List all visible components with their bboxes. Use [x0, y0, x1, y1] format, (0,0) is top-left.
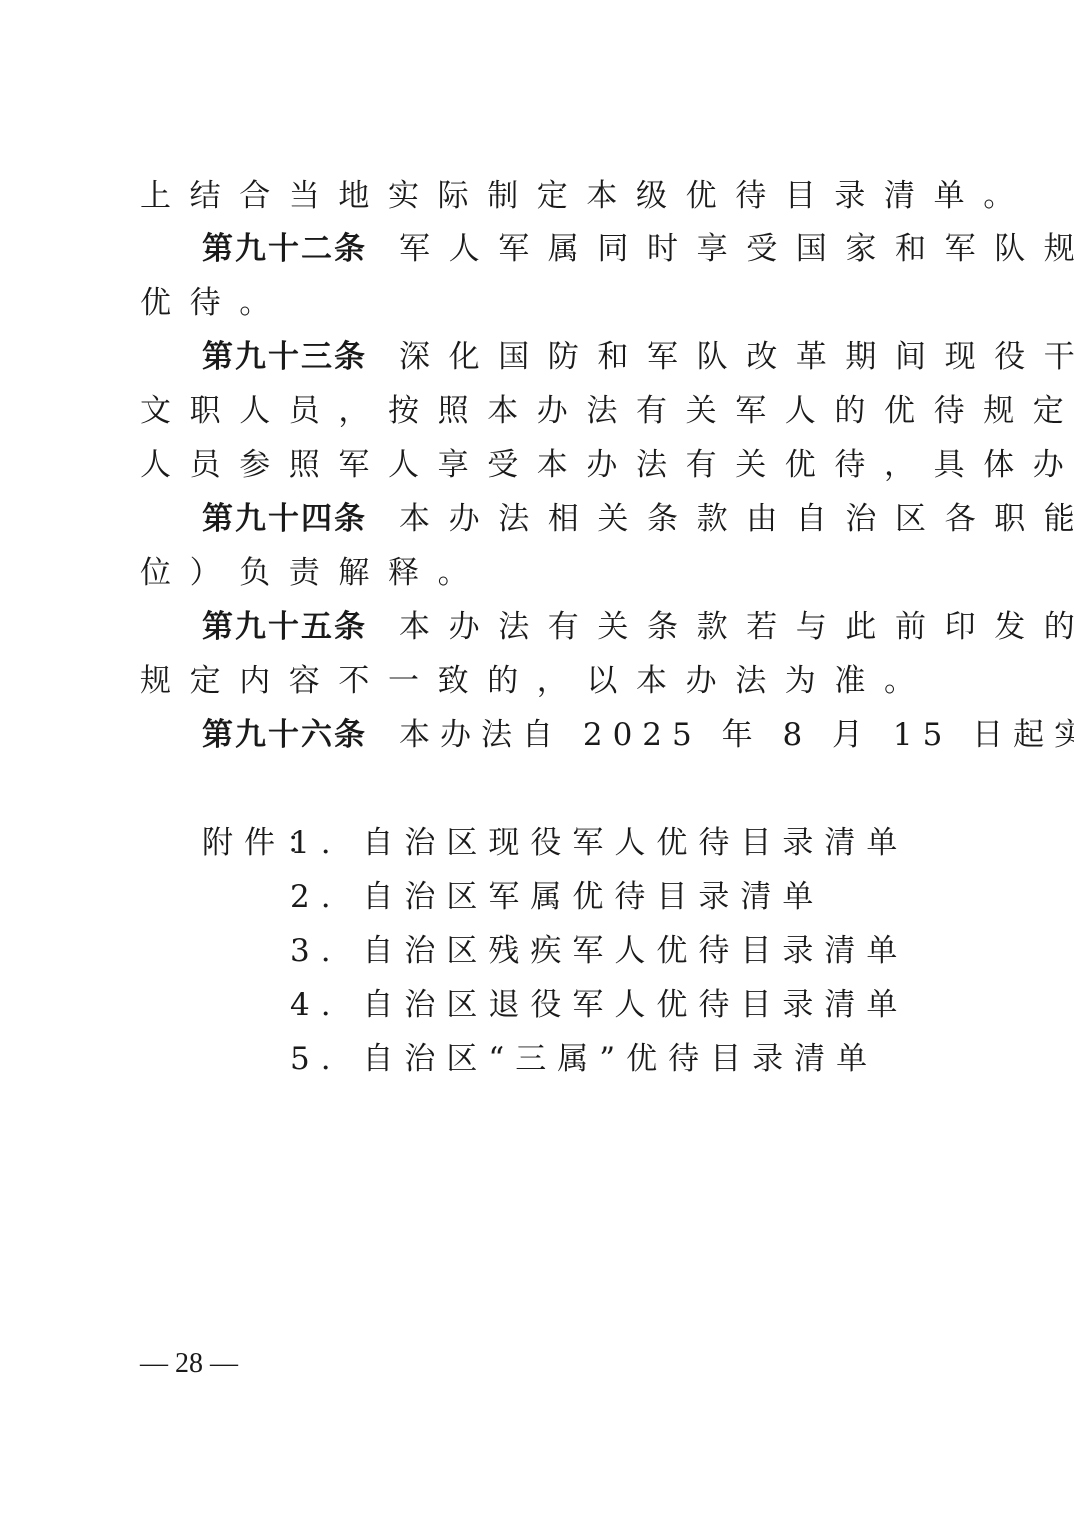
article-95: 第九十五条本办法有关条款若与此前印发的相关文件	[202, 600, 1002, 654]
article-number: 第九十二条	[202, 231, 367, 267]
article-92: 第九十二条军人军属同时享受国家和军队规定的其他	[202, 222, 1002, 276]
paragraph-continuation: 上结合当地实际制定本级优待目录清单。	[140, 169, 940, 223]
text-line: 本办法有关条款若与此前印发的相关文件	[399, 609, 1074, 645]
attachment-item: 4. 自治区退役军人优待目录清单	[290, 978, 908, 1032]
text-line: 军人军属同时享受国家和军队规定的其他	[399, 231, 1074, 267]
text-line: 优待。	[140, 285, 289, 321]
article-number: 第九十六条	[202, 717, 367, 753]
text-line: 本办法自 2025 年 8 月 15 日起实施。	[399, 717, 1074, 753]
text-line: 深化国防和军队改革期间现役干部转改的	[399, 339, 1074, 375]
attachment-item: 2. 自治区军属优待目录清单	[290, 870, 824, 924]
article-95-cont: 规定内容不一致的，以本办法为准。	[140, 654, 940, 708]
text-line: 规定内容不一致的，以本办法为准。	[140, 663, 934, 699]
document-page: 上结合当地实际制定本级优待目录清单。 第九十二条军人军属同时享受国家和军队规定的…	[0, 0, 1074, 1514]
text-line: 本办法相关条款由自治区各职能部门（单	[399, 501, 1074, 537]
text-line: 人员参照军人享受本办法有关优待，具体办法另行制定。	[140, 447, 1074, 483]
article-number: 第九十四条	[202, 501, 367, 537]
article-number: 第九十三条	[202, 339, 367, 375]
page-number: — 28 —	[140, 1346, 238, 1382]
text-line: 位）负责解释。	[140, 555, 487, 591]
text-line: 文职人员，按照本办法有关军人的优待规定执行；其他文职	[140, 393, 1074, 429]
article-number: 第九十五条	[202, 609, 367, 645]
article-94-cont: 位）负责解释。	[140, 546, 940, 600]
attachment-item: 1. 自治区现役军人优待目录清单	[290, 816, 908, 870]
article-94: 第九十四条本办法相关条款由自治区各职能部门（单	[202, 492, 1002, 546]
article-96: 第九十六条本办法自 2025 年 8 月 15 日起实施。	[202, 708, 1002, 762]
attachment-item: 5. 自治区“三属”优待目录清单	[290, 1032, 878, 1086]
article-93-cont-1: 文职人员，按照本办法有关军人的优待规定执行；其他文职	[140, 384, 940, 438]
attachment-item: 3. 自治区残疾军人优待目录清单	[290, 924, 908, 978]
article-93: 第九十三条深化国防和军队改革期间现役干部转改的	[202, 330, 1002, 384]
text-line: 上结合当地实际制定本级优待目录清单。	[140, 178, 1033, 214]
article-92-cont: 优待。	[140, 276, 940, 330]
article-93-cont-2: 人员参照军人享受本办法有关优待，具体办法另行制定。	[140, 438, 940, 492]
